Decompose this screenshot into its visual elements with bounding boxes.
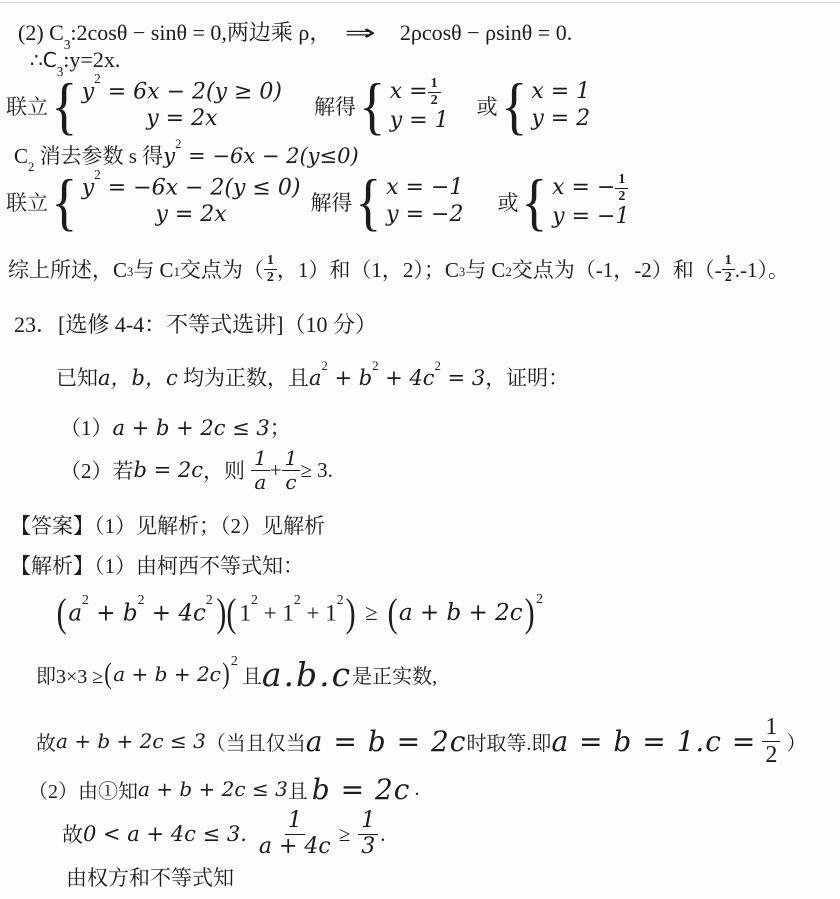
superscript: 2 <box>82 592 89 607</box>
math-run: = −6x − 2(y ≤ 0) <box>101 175 301 200</box>
fraction: 12 <box>615 172 628 204</box>
math-run: a + b + 2c <box>113 662 221 686</box>
text-run: 与 C <box>465 254 505 284</box>
text-run: ） <box>786 727 806 756</box>
fraction-numerator: 1 <box>615 172 628 189</box>
math-run: a + b + 2c ≤ 3 <box>138 777 288 801</box>
fraction: 1a + 4c <box>259 809 331 859</box>
math-run: a + b + 2c ≤ 3 <box>56 729 206 753</box>
math-run: = 6x − 2(y ≥ 0) <box>101 79 282 104</box>
math-run: x = − <box>552 175 615 202</box>
right-paren-icon: ) <box>222 659 230 689</box>
left-brace-icon: { <box>356 176 382 227</box>
text-run: 时取等.即 <box>466 727 551 756</box>
solution-row: y = 2 <box>531 106 590 133</box>
math-group: a2 + b2 + 4c2 <box>68 600 212 627</box>
cauchy-inequality-formula: (a2 + b2 + 4c2)(12 + 12 + 12)≥(a + b + 2… <box>55 590 543 636</box>
fraction-numerator: 1 <box>762 714 780 742</box>
text-run: 交点为（-1，-2）和（- <box>512 254 722 284</box>
fraction-denominator: 2 <box>431 93 438 109</box>
fraction-numerator: 1 <box>264 253 277 270</box>
geq-symbol: ≥ <box>339 822 351 847</box>
text-run: 消去参数 s 得 <box>34 144 163 168</box>
solution-row: y = 1 <box>390 108 449 135</box>
subscript: 1 <box>174 265 180 280</box>
answer-text: 【答案】（1）见解析；（2）见解析 <box>10 514 325 538</box>
analysis-header-line: 【解析】（1）由柯西不等式知： <box>10 550 304 580</box>
or-label: 或 <box>497 187 518 217</box>
geq-symbol: ≥ <box>365 600 378 626</box>
math-run: 0 < a + 4c ≤ 3. <box>83 822 247 846</box>
fraction-denominator: a <box>254 471 266 493</box>
superscript: 2 <box>322 359 328 373</box>
fraction: 12 <box>762 714 780 769</box>
subscript: 2 <box>505 265 511 280</box>
superscript: 2 <box>536 592 543 608</box>
part1-statement: （1）a + b + 2c ≤ 3； <box>60 412 291 442</box>
math-run: x = <box>390 79 428 106</box>
text-run: .-1）。 <box>735 254 789 284</box>
text-run: . <box>414 778 419 801</box>
equation-row: y2 = −6x − 2(y ≤ 0) <box>82 174 301 202</box>
superscript: 2 <box>372 359 378 373</box>
math-run: a <box>68 600 82 626</box>
solve-label: 解得 <box>310 187 352 217</box>
text-run: (2) C <box>18 20 64 45</box>
superscript: 2 <box>94 71 101 86</box>
text-run: （当且仅当 <box>206 727 306 756</box>
math-run: + 4c <box>379 366 435 390</box>
math-run: + <box>270 458 282 483</box>
math-run: 1 <box>239 600 251 625</box>
fraction: 12 <box>722 253 735 285</box>
fraction-numerator: 1 <box>722 253 735 270</box>
top-divider <box>0 2 840 3</box>
math-solution-document: (2) C3:2cosθ − sinθ = 0,两边乘 ρ，⇒2ρcosθ − … <box>0 0 840 899</box>
math-run-large: b = 2c <box>312 773 411 806</box>
text-run: （2）若 <box>60 455 134 485</box>
text-run: ，证明： <box>485 366 569 390</box>
text-run: 故 <box>36 727 56 756</box>
fraction: 12 <box>428 76 441 108</box>
math-run: + b <box>328 366 372 390</box>
fraction-denominator: 2 <box>267 270 274 286</box>
question-23-title: 23．[选修 4-4：不等式选讲]（10 分） <box>14 308 377 339</box>
fraction: 12 <box>264 253 277 285</box>
text-run: 均为正数，且 <box>178 366 309 390</box>
fraction-numerator: 1 <box>282 447 301 470</box>
left-brace-icon: { <box>51 176 77 227</box>
equation-row: y = 2x <box>155 202 226 229</box>
math-run: a + b + 2c ≤ 3 <box>113 416 270 440</box>
math-run: y <box>163 144 175 168</box>
math-run-large: a.b.c <box>262 655 352 694</box>
equation-system-1: 联立 { y2 = 6x − 2(y ≥ 0) y = 2x 解得 { x = … <box>6 76 590 135</box>
title-text: 23．[选修 4-4：不等式选讲]（10 分） <box>14 312 377 337</box>
subscript: 3 <box>459 265 465 280</box>
polar-conversion-line: (2) C3:2cosθ − sinθ = 0,两边乘 ρ，⇒2ρcosθ − … <box>18 16 572 49</box>
math-run: a，b，c <box>98 366 178 390</box>
text-run: ； <box>270 416 291 440</box>
text-run: :y=2x. <box>63 47 120 72</box>
left-brace-icon: { <box>522 176 548 227</box>
left-brace-icon: { <box>51 80 77 131</box>
solution-values: x = 1 y = 2 <box>531 79 590 133</box>
text-run: 与 C <box>133 254 173 284</box>
given-conditions-line: 已知a，b，c 均为正数，且a2 + b2 + 4c2 = 3，证明： <box>56 362 569 392</box>
fraction-denominator: 3 <box>361 835 375 860</box>
superscript: 2 <box>175 137 181 151</box>
solve-label: 解得 <box>314 91 356 121</box>
solution-row: x = 1 <box>531 79 590 106</box>
text-run: 且 <box>288 775 308 804</box>
superscript: 2 <box>206 592 213 607</box>
superscript: 2 <box>337 592 344 607</box>
therefore-icon: ∴C <box>30 48 57 72</box>
text-run: （2）由①知 <box>28 775 138 804</box>
deduction-line-2: 故a + b + 2c ≤ 3（当且仅当a = b = 2c时取等.即a = b… <box>36 712 806 770</box>
fraction-denominator: 2 <box>618 189 625 205</box>
superscript: 2 <box>294 592 301 607</box>
fraction-numerator: 1 <box>358 809 378 835</box>
paren-pair-icon: )( <box>216 593 236 633</box>
solution-values: x = 12 y = 1 <box>390 76 449 135</box>
left-paren-icon: ( <box>387 593 397 633</box>
analysis-text: 【解析】（1）由柯西不等式知： <box>10 554 304 578</box>
math-run: + 1 <box>258 600 294 625</box>
math-run: + 4c <box>144 600 205 626</box>
text-run: 是正实数, <box>352 660 437 689</box>
system-equations: y2 = −6x − 2(y ≤ 0) y = 2x <box>82 174 301 229</box>
text-run: C <box>14 144 28 168</box>
text-run: 即3×3 ≥ <box>36 660 103 689</box>
text-run: 由权方和不等式知 <box>66 866 234 890</box>
equation-row: y2 = 6x − 2(y ≥ 0) <box>82 78 282 106</box>
superscript: 2 <box>251 592 258 607</box>
lianli-label: 联立 <box>6 187 48 217</box>
system-equations: y2 = 6x − 2(y ≥ 0) y = 2x <box>82 78 282 133</box>
text-run: . <box>380 822 385 847</box>
summary-line: 综上所述，C3 与 C1 交点为（12，1）和（1，2）；C3 与 C2 交点为… <box>8 246 789 292</box>
math-run-large: a = b = 1.c = <box>551 725 756 758</box>
equation-system-2: 联立 { y2 = −6x − 2(y ≤ 0) y = 2x 解得 { x =… <box>6 172 629 231</box>
math-run: y <box>82 175 94 200</box>
fraction-numerator: 1 <box>251 447 270 470</box>
part2-inequality-line: 故0 < a + 4c ≤ 3.1a + 4c≥13. <box>62 806 386 862</box>
superscript: 2 <box>138 592 145 607</box>
fraction: 13 <box>358 809 378 859</box>
equation-row: y = 2x <box>146 106 217 133</box>
solution-values: x = −12 y = −1 <box>552 172 629 231</box>
solution-row: x = −1 <box>386 175 463 202</box>
subscript: 3 <box>127 265 133 280</box>
part2-deduction-line: （2）由①知a + b + 2c ≤ 3且b = 2c. <box>28 772 419 806</box>
superscript: 2 <box>435 359 441 373</box>
math-run: 2ρcosθ − ρsinθ = 0. <box>400 20 572 45</box>
text-run: 且 <box>242 660 262 689</box>
math-run: b = 2c <box>134 458 204 482</box>
lianli-label: 联立 <box>6 91 48 121</box>
text-run: ，则 <box>203 455 245 485</box>
text-run: . <box>328 458 333 483</box>
math-run: ≥ 3 <box>300 458 327 483</box>
answer-line: 【答案】（1）见解析；（2）见解析 <box>10 510 325 540</box>
left-brace-icon: { <box>359 80 385 131</box>
fraction-denominator: c <box>285 471 296 493</box>
math-run: a <box>309 366 322 390</box>
math-run: = 3 <box>441 366 485 390</box>
math-run-large: a = b = 2c <box>306 725 467 758</box>
or-label: 或 <box>477 91 498 121</box>
text-run: 交点为（ <box>180 254 264 284</box>
fraction: 1c <box>282 447 301 493</box>
fraction-numerator: 1 <box>285 809 305 835</box>
power-mean-inequality-line: 由权方和不等式知 <box>66 862 234 892</box>
solution-values: x = −1 y = −2 <box>386 175 463 229</box>
left-paren-icon: ( <box>105 659 113 689</box>
text-run: （1） <box>60 416 113 440</box>
left-brace-icon: { <box>501 80 527 131</box>
text-run: 已知 <box>56 366 98 390</box>
right-paren-icon: ) <box>345 593 355 633</box>
math-run: a + b + 2c <box>399 600 523 626</box>
solution-row: x = −12 <box>552 172 629 204</box>
text-run: 故 <box>62 819 83 849</box>
fraction: 1a <box>251 447 270 493</box>
math-group: 12 + 12 + 12 <box>239 600 343 627</box>
deduction-line-1: 即3×3 ≥ (a + b + 2c)2且 a.b.c 是正实数, <box>36 652 437 696</box>
implies-arrow-icon: ⇒ <box>345 21 376 46</box>
left-paren-icon: ( <box>57 593 67 633</box>
math-run: y <box>82 79 94 104</box>
text-run: :2cosθ − sinθ = 0,两边乘 ρ， <box>70 20 331 45</box>
text-run: 综上所述，C <box>8 254 127 284</box>
right-paren-icon: ) <box>524 593 534 633</box>
text-run: ，1）和（1，2）；C <box>277 254 459 284</box>
math-run: = −6x − 2(y≤0) <box>181 144 358 168</box>
solution-row: y = −1 <box>552 204 629 231</box>
solution-row: x = 12 <box>390 76 449 108</box>
solution-row: y = −2 <box>386 202 463 229</box>
fraction-numerator: 1 <box>428 76 441 93</box>
math-run: + 1 <box>301 600 337 625</box>
superscript: 2 <box>94 167 101 182</box>
superscript: 2 <box>231 654 238 670</box>
fraction-denominator: a + 4c <box>259 835 331 860</box>
math-run: + b <box>89 600 138 626</box>
part2-statement: （2）若b = 2c，则1a + 1c ≥ 3. <box>60 444 333 496</box>
fraction-denominator: 2 <box>725 270 732 286</box>
fraction-denominator: 2 <box>765 742 777 769</box>
